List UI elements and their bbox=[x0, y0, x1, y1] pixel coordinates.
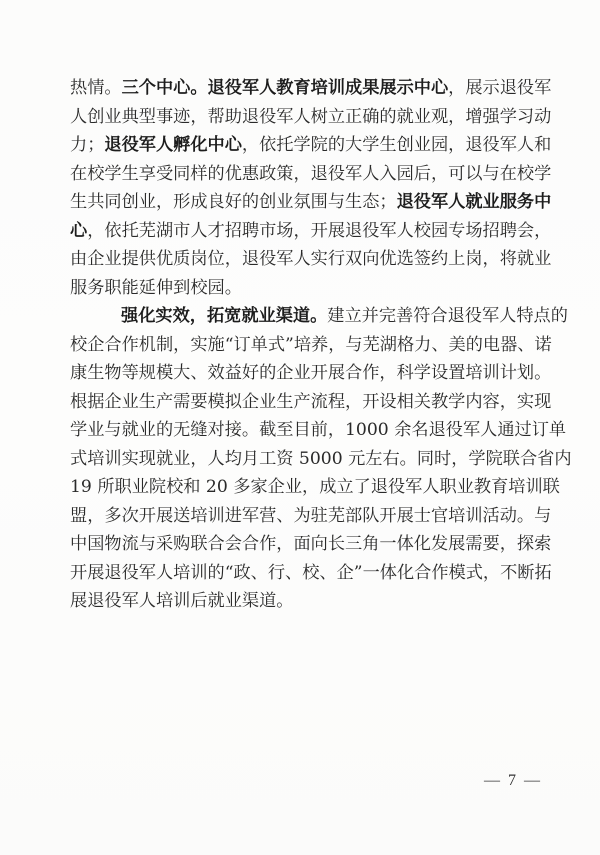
body-text: 式培训实现就业，人均月工资 5000 元左右。同时，学院联合省内 bbox=[70, 449, 572, 469]
text-line: 由企业提供优质岗位，退役军人实行双向优选签约上岗，将就业 bbox=[70, 245, 534, 274]
body-text: ，依托芜湖市人才招聘市场，开展退役军人校园专场招聘会， bbox=[87, 221, 551, 241]
body-text: 校企合作机制，实施“订单式”培养，与芜湖格力、美的电器、诺 bbox=[70, 335, 552, 355]
paragraph: 热情。三个中心。退役军人教育培训成果展示中心，展示退役军人创业典型事迹，帮助退役… bbox=[70, 74, 534, 302]
text-line: 服务职能延伸到校园。 bbox=[70, 274, 534, 303]
text-line: 强化实效，拓宽就业渠道。建立并完善符合退役军人特点的 bbox=[70, 302, 534, 331]
text-line: 校企合作机制，实施“订单式”培养，与芜湖格力、美的电器、诺 bbox=[70, 331, 534, 360]
bold-heading-text: 退役军人孵化中心 bbox=[104, 135, 242, 155]
body-text: 力； bbox=[70, 135, 104, 155]
body-text: 服务职能延伸到校园。 bbox=[70, 278, 242, 298]
text-line: 盟，多次开展送培训进军营、为驻芜部队开展士官培训活动。与 bbox=[70, 502, 534, 531]
body-text: 在校学生享受同样的优惠政策，退役军人入园后，可以与在校学 bbox=[70, 164, 551, 184]
paragraph: 强化实效，拓宽就业渠道。建立并完善符合退役军人特点的校企合作机制，实施“订单式”… bbox=[70, 302, 534, 616]
body-text: 开展退役军人培训的“政、行、校、企”一体化合作模式，不断拓 bbox=[70, 563, 552, 583]
text-line: 19 所职业院校和 20 多家企业，成立了退役军人职业教育培训联 bbox=[70, 473, 534, 502]
body-text: ，依托学院的大学生创业园，退役军人和 bbox=[242, 135, 551, 155]
text-line: 展退役军人培训后就业渠道。 bbox=[70, 587, 534, 616]
text-line: 根据企业生产需要模拟企业生产流程，开设相关教学内容，实现 bbox=[70, 388, 534, 417]
text-line: 热情。三个中心。退役军人教育培训成果展示中心，展示退役军 bbox=[70, 74, 534, 103]
body-text: 展退役军人培训后就业渠道。 bbox=[70, 591, 293, 611]
body-text: 康生物等规模大、效益好的企业开展合作，科学设置培训计划。 bbox=[70, 363, 551, 383]
text-line: 生共同创业，形成良好的创业氛围与生态；退役军人就业服务中 bbox=[70, 188, 534, 217]
text-line: 康生物等规模大、效益好的企业开展合作，科学设置培训计划。 bbox=[70, 359, 534, 388]
bold-heading-text: 心 bbox=[70, 221, 87, 241]
body-text: 中国物流与采购联合会合作，面向长三角一体化发展需要，探索 bbox=[70, 534, 551, 554]
text-line: 开展退役军人培训的“政、行、校、企”一体化合作模式，不断拓 bbox=[70, 559, 534, 588]
body-text: 生共同创业，形成良好的创业氛围与生态； bbox=[70, 192, 397, 212]
bold-heading-text: 三个中心。 bbox=[122, 78, 208, 98]
text-line: 中国物流与采购联合会合作，面向长三角一体化发展需要，探索 bbox=[70, 530, 534, 559]
text-line: 式培训实现就业，人均月工资 5000 元左右。同时，学院联合省内 bbox=[70, 445, 534, 474]
bold-heading-text: 退役军人就业服务中 bbox=[397, 192, 552, 212]
page-number: — 7 — bbox=[484, 772, 542, 790]
document-page: 热情。三个中心。退役军人教育培训成果展示中心，展示退役军人创业典型事迹，帮助退役… bbox=[0, 0, 600, 855]
document-body: 热情。三个中心。退役军人教育培训成果展示中心，展示退役军人创业典型事迹，帮助退役… bbox=[70, 74, 534, 616]
body-text: 建立并完善符合退役军人特点的 bbox=[327, 306, 568, 326]
bold-heading-text: 强化实效，拓宽就业渠道。 bbox=[121, 306, 327, 326]
body-text: 根据企业生产需要模拟企业生产流程，开设相关教学内容，实现 bbox=[70, 392, 551, 412]
text-line: 力；退役军人孵化中心，依托学院的大学生创业园，退役军人和 bbox=[70, 131, 534, 160]
text-line: 人创业典型事迹，帮助退役军人树立正确的就业观，增强学习动 bbox=[70, 103, 534, 132]
body-text: 由企业提供优质岗位，退役军人实行双向优选签约上岗，将就业 bbox=[70, 249, 551, 269]
body-text: 人创业典型事迹，帮助退役军人树立正确的就业观，增强学习动 bbox=[70, 107, 551, 127]
body-text: 热情。 bbox=[70, 78, 122, 98]
body-text: ，展示退役军 bbox=[448, 78, 551, 98]
body-text: 19 所职业院校和 20 多家企业，成立了退役军人职业教育培训联 bbox=[70, 477, 560, 497]
bold-heading-text: 退役军人教育培训成果展示中心 bbox=[208, 78, 449, 98]
body-text: 盟，多次开展送培训进军营、为驻芜部队开展士官培训活动。与 bbox=[70, 506, 551, 526]
text-line: 学业与就业的无缝对接。截至目前，1000 余名退役军人通过订单 bbox=[70, 416, 534, 445]
body-text: 学业与就业的无缝对接。截至目前，1000 余名退役军人通过订单 bbox=[70, 420, 566, 440]
text-line: 在校学生享受同样的优惠政策，退役军人入园后，可以与在校学 bbox=[70, 160, 534, 189]
text-line: 心，依托芜湖市人才招聘市场，开展退役军人校园专场招聘会， bbox=[70, 217, 534, 246]
